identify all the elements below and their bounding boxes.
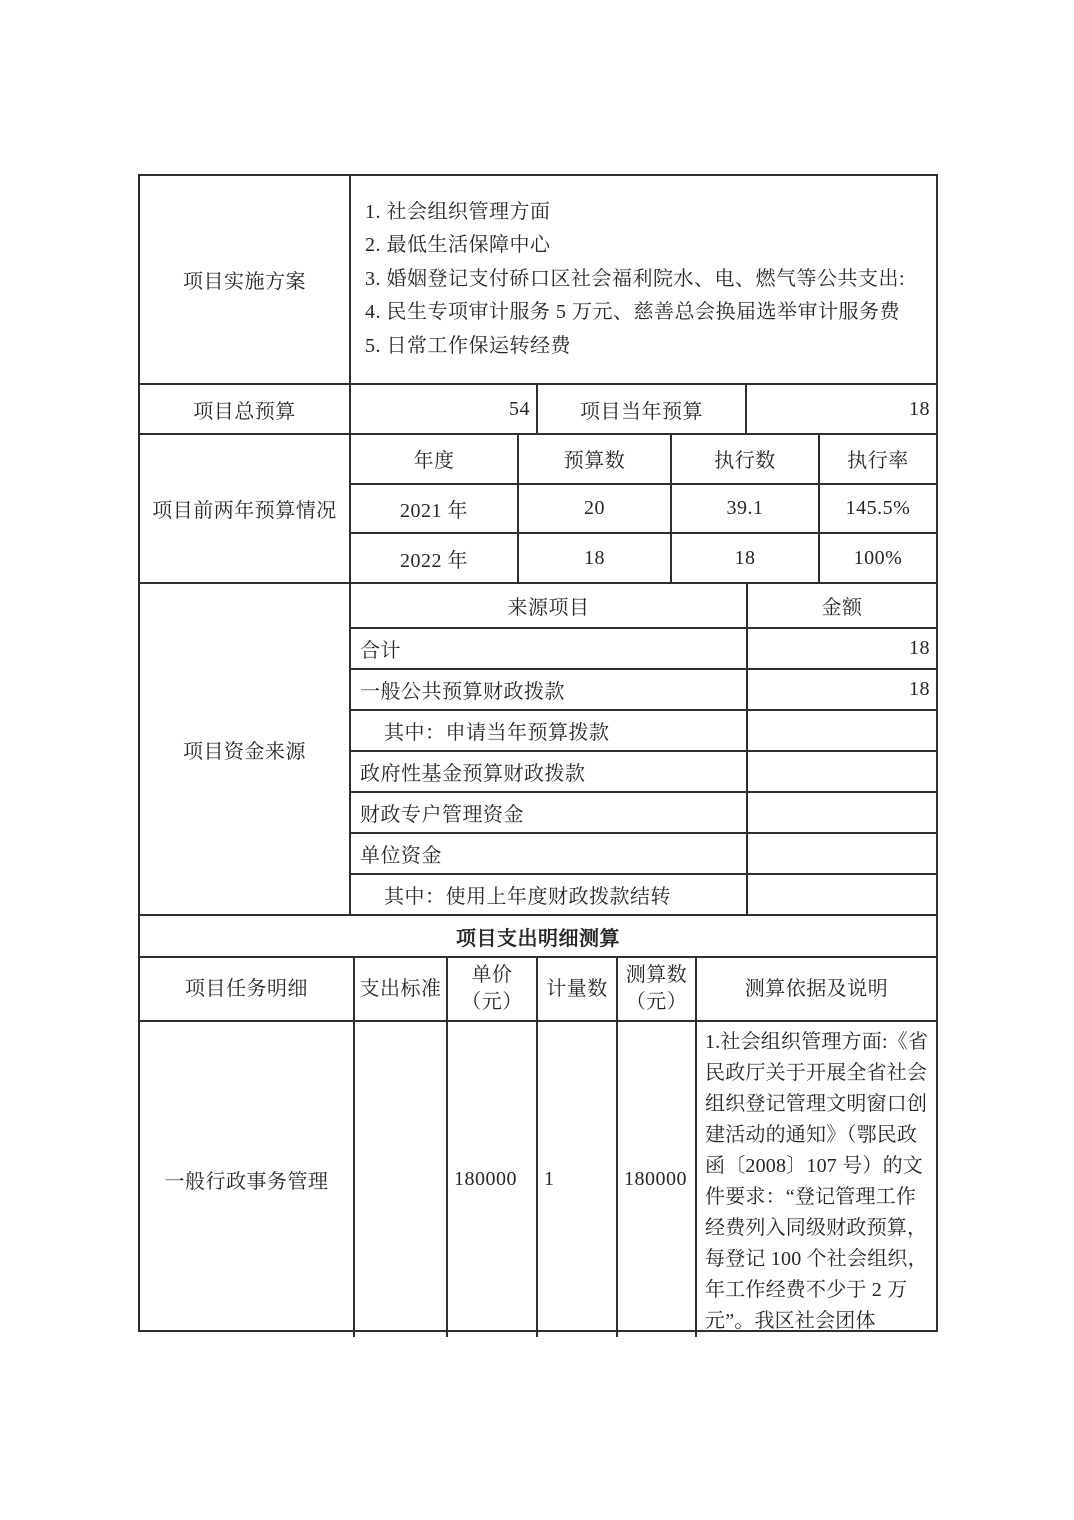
source-name: 其中：使用上年度财政拨款结转 [351, 875, 746, 914]
source-amount [746, 752, 936, 791]
implementation-plan-label: 项目实施方案 [140, 176, 349, 383]
plan-item: 4. 民生专项审计服务 5 万元、慈善总会换届选举审计服务费 [365, 296, 936, 330]
funding-sources-subtable: 来源项目 金额 合计 18 一般公共预算财政拨款 18 其中：申请当年预算拨款 … [349, 584, 936, 914]
funding-header-row: 来源项目 金额 [351, 584, 936, 627]
funding-row-fiscal-special-account: 财政专户管理资金 [351, 791, 936, 832]
budget-cell: 18 [517, 534, 670, 582]
source-amount: 18 [746, 629, 936, 668]
funding-row-carryover: 其中：使用上年度财政拨款结转 [351, 873, 936, 914]
source-name: 合计 [351, 629, 746, 668]
total-budget-label: 项目总预算 [140, 385, 349, 433]
detail-data-row: 一般行政事务管理 180000 1 180000 1.社会组织管理方面:《省民政… [140, 1020, 936, 1337]
implementation-plan-list: 1. 社会组织管理方面 2. 最低生活保障中心 3. 婚姻登记支付硚口区社会福利… [349, 176, 936, 383]
expenditure-detail-title: 项目支出明细测算 [140, 914, 936, 956]
rate-cell: 100% [818, 534, 936, 582]
plan-item: 1. 社会组织管理方面 [365, 196, 936, 230]
current-year-budget-value: 18 [745, 385, 936, 433]
source-amount: 18 [746, 670, 936, 709]
current-year-budget-label: 项目当年预算 [536, 385, 745, 433]
executed-cell: 18 [670, 534, 818, 582]
standard-cell [353, 1022, 446, 1337]
funding-row-current-year-appropriation: 其中：申请当年预算拨款 [351, 709, 936, 750]
year-cell: 2022 年 [351, 534, 517, 582]
col-header-estimate: 测算数 （元） [616, 958, 695, 1020]
source-name: 其中：申请当年预算拨款 [351, 711, 746, 750]
source-amount [746, 875, 936, 914]
source-amount [746, 793, 936, 832]
table-row-2021: 2021 年 20 39.1 145.5% [351, 483, 936, 533]
plan-item: 3. 婚姻登记支付硚口区社会福利院水、电、燃气等公共支出: [365, 263, 936, 297]
detail-header-row: 项目任务明细 支出标准 单价 （元） 计量数 测算数 （元） 测算依据及说明 [140, 956, 936, 1020]
implementation-plan-row: 项目实施方案 1. 社会组织管理方面 2. 最低生活保障中心 3. 婚姻登记支付… [140, 176, 936, 383]
previous-years-subtable: 年度 预算数 执行数 执行率 2021 年 20 39.1 145.5% 202… [349, 435, 936, 582]
col-header-budget: 预算数 [517, 435, 670, 483]
col-header-basis: 测算依据及说明 [695, 958, 936, 1020]
col-header-expenditure-standard: 支出标准 [353, 958, 446, 1020]
source-name: 财政专户管理资金 [351, 793, 746, 832]
quantity-cell: 1 [536, 1022, 616, 1337]
col-header-year: 年度 [351, 435, 517, 483]
project-budget-table: 项目实施方案 1. 社会组织管理方面 2. 最低生活保障中心 3. 婚姻登记支付… [138, 174, 938, 1332]
source-amount [746, 834, 936, 873]
estimate-cell: 180000 [616, 1022, 695, 1337]
plan-item: 5. 日常工作保运转经费 [365, 330, 936, 364]
funding-sources-label: 项目资金来源 [140, 584, 349, 914]
total-budget-row: 项目总预算 54 项目当年预算 18 [140, 383, 936, 433]
task-name-cell: 一般行政事务管理 [140, 1022, 353, 1337]
executed-cell: 39.1 [670, 485, 818, 533]
rate-cell: 145.5% [818, 485, 936, 533]
basis-cell: 1.社会组织管理方面:《省民政厅关于开展全省社会组织登记管理文明窗口创建活动的通… [695, 1022, 936, 1337]
col-header-execution-rate: 执行率 [818, 435, 936, 483]
funding-sources-section: 项目资金来源 来源项目 金额 合计 18 一般公共预算财政拨款 18 其中：申请… [140, 582, 936, 914]
funding-row-unit-funds: 单位资金 [351, 832, 936, 873]
col-header-executed: 执行数 [670, 435, 818, 483]
col-header-source-item: 来源项目 [351, 584, 746, 627]
funding-row-general-public-budget: 一般公共预算财政拨款 18 [351, 668, 936, 709]
previous-years-label: 项目前两年预算情况 [140, 435, 349, 582]
year-cell: 2021 年 [351, 485, 517, 533]
col-header-amount: 金额 [746, 584, 936, 627]
plan-item: 2. 最低生活保障中心 [365, 229, 936, 263]
source-name: 一般公共预算财政拨款 [351, 670, 746, 709]
total-budget-value: 54 [349, 385, 536, 433]
funding-row-total: 合计 18 [351, 627, 936, 668]
col-header-task-detail: 项目任务明细 [140, 958, 353, 1020]
previous-years-header-row: 年度 预算数 执行数 执行率 [351, 435, 936, 483]
source-name: 单位资金 [351, 834, 746, 873]
col-header-unit-price: 单价 （元） [446, 958, 536, 1020]
budget-cell: 20 [517, 485, 670, 533]
previous-years-section: 项目前两年预算情况 年度 预算数 执行数 执行率 2021 年 20 39.1 … [140, 433, 936, 582]
source-name: 政府性基金预算财政拨款 [351, 752, 746, 791]
unit-price-cell: 180000 [446, 1022, 536, 1337]
funding-row-government-fund-budget: 政府性基金预算财政拨款 [351, 750, 936, 791]
table-row-2022: 2022 年 18 18 100% [351, 532, 936, 582]
col-header-quantity: 计量数 [536, 958, 616, 1020]
source-amount [746, 711, 936, 750]
